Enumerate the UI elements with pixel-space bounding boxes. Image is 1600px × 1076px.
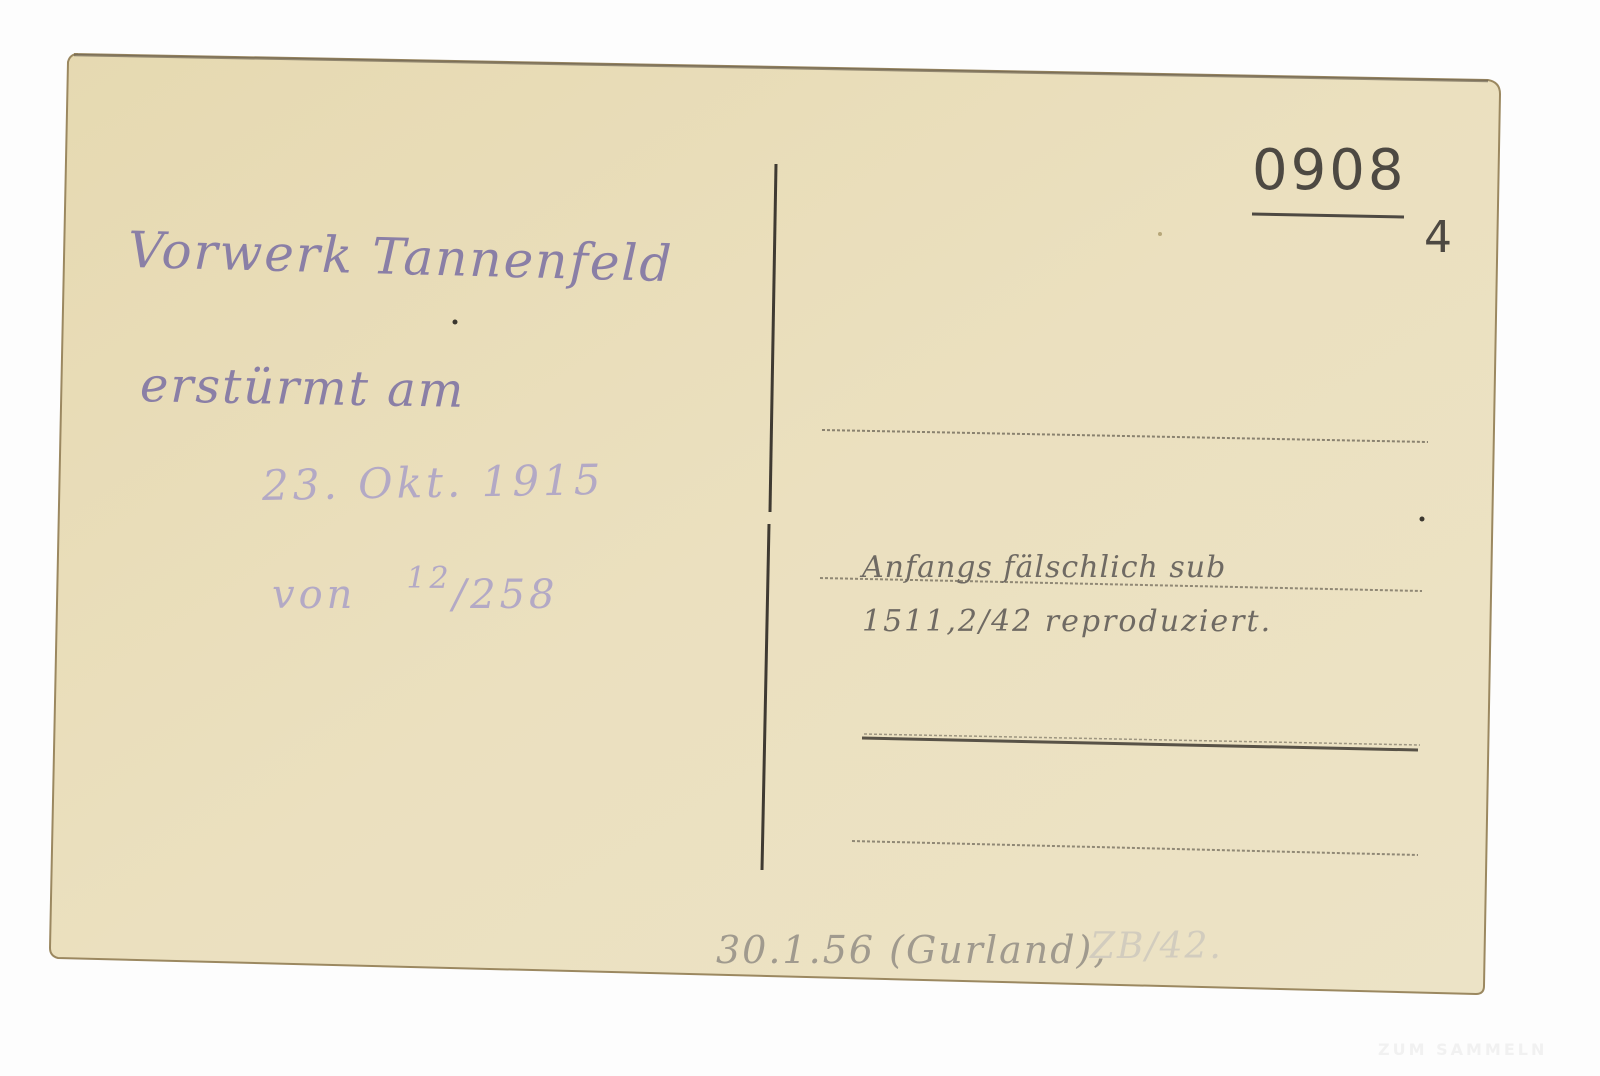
reference-prefix: von bbox=[272, 572, 356, 618]
scan-background: Vorwerk Tannenfeld erstürmt am 23. Okt. … bbox=[0, 0, 1600, 1076]
footer-faint-scribble: ZB/42. bbox=[1090, 926, 1223, 967]
watermark: ZUM SAMMELN bbox=[1378, 1040, 1547, 1059]
archive-number: 0908 bbox=[1252, 138, 1407, 203]
pencil-note-line-1: Anfangs fälschlich sub bbox=[862, 550, 1226, 585]
archive-suffix: 4 bbox=[1424, 212, 1453, 263]
handwritten-reference: von12/258 bbox=[272, 572, 558, 618]
reference-number: /258 bbox=[453, 572, 559, 618]
footer-pencil-note: 30.1.56 (Gurland), bbox=[716, 928, 1107, 972]
pencil-note-line-2: 1511,2/42 reproduziert. bbox=[862, 604, 1272, 639]
handwritten-date: 23. Okt. 1915 bbox=[262, 455, 605, 510]
handwritten-event: erstürmt am bbox=[140, 357, 466, 419]
reference-superscript: 12 bbox=[406, 561, 452, 596]
